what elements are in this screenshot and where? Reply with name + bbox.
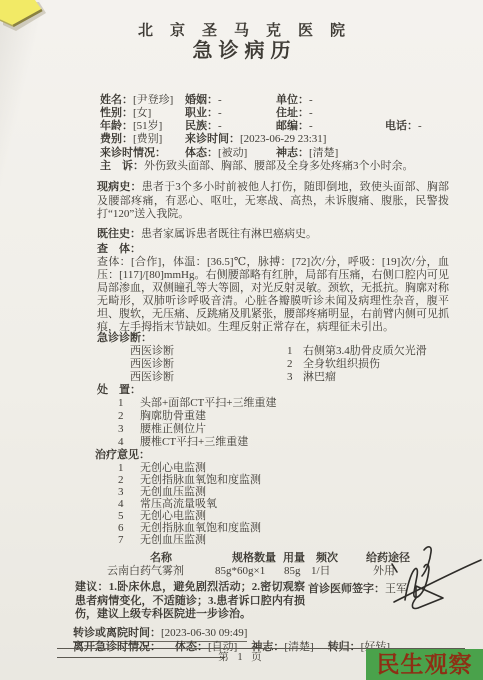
consciousness-field: 神志：[清楚]	[276, 147, 338, 160]
diagnosis-name: 淋巴瘤	[303, 371, 336, 384]
diagnosis-type: 西医诊断	[130, 358, 174, 371]
info-row-payment: 费别：[费别] 来诊时间：[2023-06-29 23:31]	[100, 133, 483, 146]
item-number: 3	[118, 423, 124, 436]
payment-field: 费别：[费别]	[100, 133, 162, 146]
occupation-field: 职业：-	[185, 107, 222, 120]
diagnosis-type: 西医诊断	[130, 371, 174, 384]
marriage-field: 婚姻：-	[185, 94, 222, 107]
item-number: 2	[118, 410, 124, 423]
item-text: 腰椎正侧位片	[140, 423, 206, 436]
present-history: 现病史：患者于3个多小时前被他人打伤，随即倒地，致使头面部、胸部及腰部疼痛，有恶…	[97, 181, 449, 222]
col-spec: 规格数量	[232, 552, 276, 565]
diagnosis-number: 2	[287, 358, 293, 371]
advice-text: 建议：1.卧床休息，避免剧烈活动；2.密切观察患者病情变化，不适随诊；3.患者诉…	[75, 581, 305, 622]
arrival-time-field: 来诊时间：[2023-06-29 23:31]	[185, 133, 326, 146]
watermark-badge: 民生观察	[366, 649, 483, 680]
unit-field: 单位：-	[276, 94, 313, 107]
signer-label: 首诊医师签字：	[308, 583, 385, 595]
hospital-name: 北京圣马克医院	[0, 25, 483, 38]
phone-field: 电话：-	[385, 120, 422, 133]
diagnosis-type: 西医诊断	[130, 345, 174, 358]
diagnosis-heading: 急诊诊断：	[97, 332, 152, 345]
sex-field: 性别：[女]	[100, 107, 151, 120]
disposal-item: 3 腰椎正侧位片	[100, 423, 483, 436]
col-frequency: 频次	[316, 552, 338, 565]
info-row-arrival-state: 来诊时情况： 体态：[被动] 神志：[清楚]	[100, 147, 483, 160]
ethnicity-field: 民族：-	[185, 120, 222, 133]
diagnosis-number: 1	[287, 345, 293, 358]
page-title: 急诊病历	[0, 45, 483, 58]
transfer-label: 转诊或离院时间：	[73, 627, 161, 639]
treatment-heading: 治疗意见：	[95, 449, 150, 462]
item-number: 1	[118, 397, 124, 410]
col-name: 名称	[150, 552, 172, 565]
diagnosis-row: 西医诊断 1 右侧第3.4肋骨皮质欠光滑	[100, 345, 483, 358]
item-text: 胸廓肋骨重建	[140, 410, 206, 423]
transfer-value: [2023-06-30 09:49]	[161, 627, 247, 639]
age-field: 年龄：[51岁]	[100, 120, 162, 133]
diagnosis-row: 西医诊断 3 淋巴瘤	[100, 371, 483, 384]
arrival-state-label: 来诊时情况：	[100, 147, 166, 160]
med-name: 云南白药气雾剂	[107, 565, 184, 578]
emergency-record-page: 北京圣马克医院 急诊病历 姓名：[尹登珍] 婚姻：- 单位：- 性别：[女] 职…	[0, 0, 483, 680]
zipcode-field: 邮编：-	[276, 120, 313, 133]
diagnosis-number: 3	[287, 371, 293, 384]
info-row-sex: 性别：[女] 职业：- 住址：-	[100, 107, 483, 120]
disposal-item: 4 腰椎CT平扫+三维重建	[100, 436, 483, 449]
med-spec: 85g*60g×1	[215, 565, 265, 578]
item-number: 4	[118, 436, 124, 449]
name-field: 姓名：[尹登珍]	[100, 94, 173, 107]
col-dose: 用量	[283, 552, 305, 565]
chief-complaint: 主 诉：外伤致头面部、胸部、腰部及全身多处疼痛3个小时余。	[100, 160, 414, 173]
item-number: 7	[118, 534, 124, 547]
posture-field: 体态：[被动]	[185, 147, 247, 160]
exam-heading: 查 体：	[97, 243, 141, 256]
med-dose: 85g	[284, 565, 301, 578]
info-row-name: 姓名：[尹登珍] 婚姻：- 单位：-	[100, 94, 483, 107]
item-text: 头部+面部CT平扫+三维重建	[140, 397, 276, 410]
address-field: 住址：-	[276, 107, 313, 120]
disposal-heading: 处 置：	[97, 384, 141, 397]
exam-text: 查体：[合作]，体温：[36.5]℃，脉搏：[72]次/分，呼吸：[19]次/分…	[97, 256, 449, 335]
diagnosis-name: 全身软组织损伤	[303, 358, 380, 371]
diagnosis-name: 右侧第3.4肋骨皮质欠光滑	[303, 345, 427, 358]
info-row-age: 年龄：[51岁] 民族：- 邮编：- 电话：-	[100, 120, 483, 133]
med-frequency: 1/日	[311, 565, 331, 578]
chief-complaint-row: 主 诉：外伤致头面部、胸部、腰部及全身多处疼痛3个小时余。	[100, 160, 483, 173]
item-text: 腰椎CT平扫+三维重建	[140, 436, 248, 449]
disposal-item: 1 头部+面部CT平扫+三维重建	[100, 397, 483, 410]
diagnosis-row: 西医诊断 2 全身软组织损伤	[100, 358, 483, 371]
past-history: 既往史：患者家属诉患者既往有淋巴癌病史。	[97, 228, 449, 241]
item-text: 无创血压监测	[140, 534, 206, 547]
signature-scribble-icon	[378, 538, 483, 623]
disposal-item: 2 胸廓肋骨重建	[100, 410, 483, 423]
